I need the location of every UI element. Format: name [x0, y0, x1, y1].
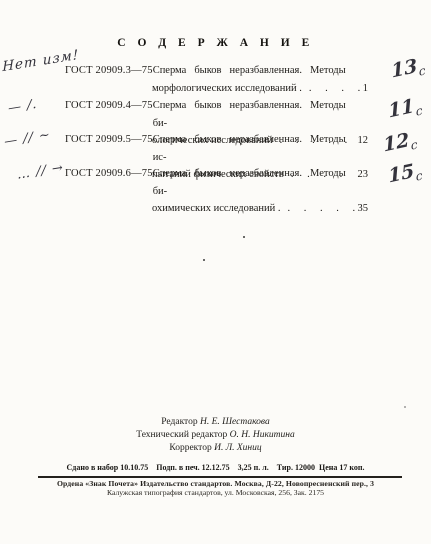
scan-speck	[203, 259, 205, 261]
scanned-document-page: С О Д Е Р Ж А Н И Е ГОСТ 20909.3—75 Спер…	[0, 0, 431, 544]
editor-role: Корректор	[169, 443, 211, 453]
toc-entry-line1: ГОСТ 20909.3—75 Сперма быков неразбавлен…	[65, 62, 368, 80]
handwritten-page-count: 13с	[390, 54, 425, 83]
handwritten-page-count-unit: с	[410, 137, 418, 152]
imprint-line: Сдано в набор 10.10.75 Подп. в печ. 12.1…	[0, 463, 431, 472]
page-number: 1	[363, 80, 368, 98]
handwritten-note-left: — /.	[8, 97, 38, 117]
publisher-line: Ордена «Знак Почета» Издательство станда…	[0, 479, 431, 488]
page-title: С О Д Е Р Ж А Н И Е	[0, 37, 431, 49]
editor-role: Редактор	[161, 417, 197, 427]
entry-text-line1: Сперма быков неразбавленная. Методы ис-	[153, 131, 346, 166]
entry-text-line1: Сперма быков неразбавленная. Методы би-	[153, 165, 346, 200]
entry-text-line1: Сперма быков неразбавленная. Методы би-	[153, 97, 346, 132]
entry-text-line1: Сперма быков неразбавленная. Методы	[153, 62, 346, 80]
handwritten-note-left: … // →	[17, 160, 64, 182]
handwritten-page-count-unit: с	[415, 168, 423, 183]
gost-code: ГОСТ 20909.4—75	[65, 97, 153, 132]
divider-rule	[38, 476, 402, 478]
toc-entry: ГОСТ 20909.3—75 Сперма быков неразбавлен…	[65, 62, 368, 97]
toc-entry-line2: морфологических исследований .. . . . 1	[65, 80, 368, 98]
gost-code: ГОСТ 20909.5—75	[65, 131, 153, 166]
toc-entry-line1: ГОСТ 20909.6—75 Сперма быков неразбавлен…	[65, 165, 368, 200]
editors-block: Редактор Н. Е. Шестакова Технический ред…	[0, 416, 431, 455]
scan-speck	[243, 236, 245, 238]
editor-name: О. Н. Никитина	[230, 430, 295, 440]
editor-line: Технический редактор О. Н. Никитина	[0, 429, 431, 442]
toc-entry-line1: ГОСТ 20909.5—75 Сперма быков неразбавлен…	[65, 131, 368, 166]
editor-line: Корректор И. Л. Хиниц	[0, 442, 431, 455]
handwritten-page-count-unit: с	[415, 103, 423, 118]
handwritten-page-count: 11с	[387, 94, 422, 123]
handwritten-page-count-value: 13	[390, 55, 418, 82]
dot-leader: . . . . .	[287, 203, 355, 214]
toc-entry: ГОСТ 20909.6—75 Сперма быков неразбавлен…	[65, 165, 368, 218]
handwritten-page-count-unit: с	[418, 63, 426, 78]
scan-speck	[404, 406, 406, 408]
handwritten-note-left: — // ~	[4, 127, 51, 149]
handwritten-page-count: 12с	[382, 128, 417, 157]
entry-text-line2: морфологических исследований .	[152, 83, 302, 94]
editor-line: Редактор Н. Е. Шестакова	[0, 416, 431, 429]
editor-name: Н. Е. Шестакова	[200, 417, 270, 427]
page-number: 35	[358, 200, 369, 218]
editor-role: Технический редактор	[136, 430, 227, 440]
toc-entry-line2: охимических исследований .. . . . . 35	[65, 200, 368, 218]
dot-leader: . . . .	[309, 83, 360, 94]
handwritten-page-count-value: 12	[382, 129, 410, 156]
handwritten-page-count-value: 11	[387, 95, 415, 122]
entry-text-line2: охимических исследований .	[152, 203, 280, 214]
toc-entry-line1: ГОСТ 20909.4—75 Сперма быков неразбавлен…	[65, 97, 368, 132]
printer-line: Калужская типография стандартов, ул. Мос…	[0, 488, 431, 497]
handwritten-page-count-value: 15	[387, 160, 415, 187]
handwritten-page-count: 15с	[387, 159, 422, 188]
editor-name: И. Л. Хиниц	[214, 443, 262, 453]
gost-code: ГОСТ 20909.3—75	[65, 62, 153, 80]
gost-code: ГОСТ 20909.6—75	[65, 165, 153, 200]
